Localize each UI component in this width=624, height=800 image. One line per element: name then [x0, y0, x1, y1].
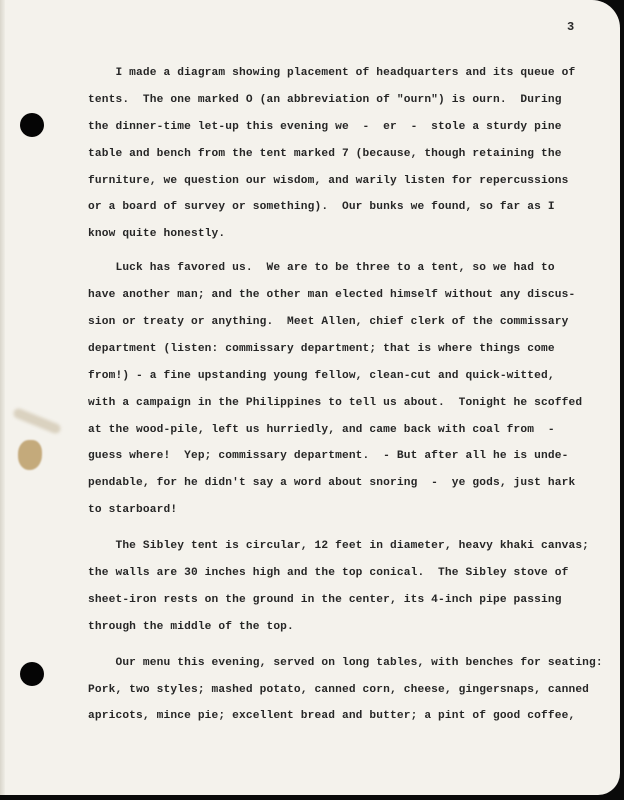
text-line: apricots, mince pie; excellent bread and…: [88, 703, 618, 730]
page-left-edge: [0, 0, 5, 795]
text-line: at the wood-pile, left us hurriedly, and…: [88, 417, 618, 444]
text-line: the walls are 30 inches high and the top…: [88, 560, 618, 587]
text-line: or a board of survey or something). Our …: [88, 194, 618, 221]
text-line: through the middle of the top.: [88, 614, 618, 641]
stain-blot: [18, 440, 42, 470]
text-line: with a campaign in the Philippines to te…: [88, 390, 618, 417]
text-line: to starboard!: [88, 497, 618, 524]
text-line: table and bench from the tent marked 7 (…: [88, 141, 618, 168]
text-line: sheet-iron rests on the ground in the ce…: [88, 587, 618, 614]
text-line: Our menu this evening, served on long ta…: [88, 650, 618, 677]
stain-streak: [12, 407, 62, 435]
text-line: from!) - a fine upstanding young fellow,…: [88, 363, 618, 390]
text-line: know quite honestly.: [88, 221, 618, 248]
text-line: tents. The one marked O (an abbreviation…: [88, 87, 618, 114]
typewritten-page: 3 I made a diagram showing placement of …: [0, 0, 620, 795]
paragraph-luck-allen: Luck has favored us. We are to be three …: [88, 255, 618, 524]
text-line: Pork, two styles; mashed potato, canned …: [88, 677, 618, 704]
text-line: I made a diagram showing placement of he…: [88, 60, 618, 87]
text-line: Luck has favored us. We are to be three …: [88, 255, 618, 282]
text-line: guess where! Yep; commissary department.…: [88, 443, 618, 470]
text-line: have another man; and the other man elec…: [88, 282, 618, 309]
text-line: the dinner-time let-up this evening we -…: [88, 114, 618, 141]
text-line: pendable, for he didn't say a word about…: [88, 470, 618, 497]
text-line: The Sibley tent is circular, 12 feet in …: [88, 533, 618, 560]
punch-hole-top: [20, 113, 44, 137]
paragraph-headquarters-diagram: I made a diagram showing placement of he…: [88, 60, 618, 248]
text-line: department (listen: commissary departmen…: [88, 336, 618, 363]
document-body: I made a diagram showing placement of he…: [88, 60, 618, 730]
paragraph-sibley-tent: The Sibley tent is circular, 12 feet in …: [88, 533, 618, 641]
page-number: 3: [567, 20, 574, 34]
paragraph-menu: Our menu this evening, served on long ta…: [88, 650, 618, 731]
punch-hole-bottom: [20, 662, 44, 686]
text-line: sion or treaty or anything. Meet Allen, …: [88, 309, 618, 336]
text-line: furniture, we question our wisdom, and w…: [88, 168, 618, 195]
